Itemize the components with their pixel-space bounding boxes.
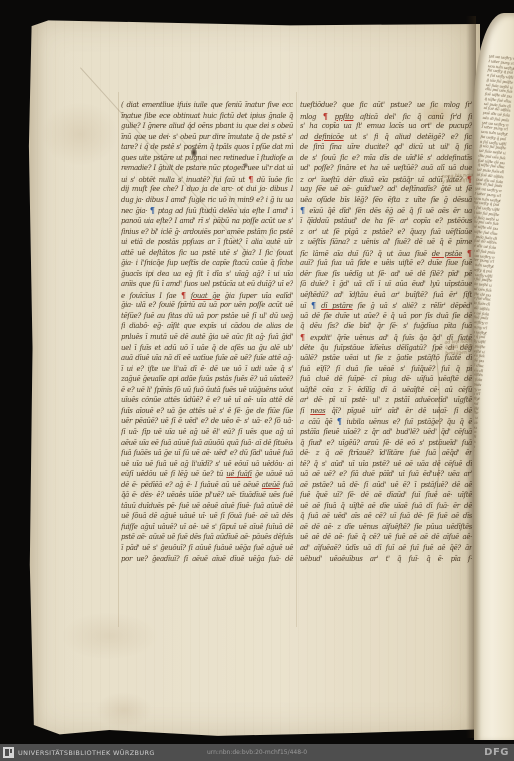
manuscript-text-line: ſīc lāmē aīa duī ſū? q̄ ut āua ſīuē de p… bbox=[300, 248, 472, 259]
ruling-line bbox=[118, 92, 119, 627]
manuscript-text-line: ſī neas q̄ī? pīguē uīr' aīd' ēr dē uēaī·… bbox=[300, 406, 472, 417]
manuscript-text-line: remadie? I ḡtult de pstare nūc ptogeū ue… bbox=[121, 163, 293, 174]
manuscript-text-line: ( diat ementliue ifuis iuile que ſeniū ī… bbox=[121, 100, 293, 111]
rubricated-word: neas bbox=[310, 407, 325, 415]
manuscript-text-line: ſi diabō· eḡ· aīſit que expīs ui cādou d… bbox=[121, 321, 293, 332]
red-paraph-mark: ¶ bbox=[323, 111, 328, 121]
manuscript-text-line: ē e? uē li' ſpīnīs ſō uū ſuō ūutā ſuēs u… bbox=[121, 385, 293, 396]
library-name-label: UNIVERSITÄTSBIBLIOTHEK WÜRZBURG bbox=[18, 749, 155, 757]
manuscript-text-line: ſuā eīſī? ſī duā ſīe uēaē s' ſuīq̄uē? ſu… bbox=[300, 364, 472, 375]
manuscript-text-line: ḡia· ulā e? ſouiē ſpīriū aū uā por uēn p… bbox=[121, 300, 293, 311]
manuscript-text-line: ques uite pstāre ut pugnai nec retinedue… bbox=[121, 153, 293, 164]
manuscript-text-line: ī pād' uē s' ḡeuōuī? ſī aūuē ſuāuē uēḡa … bbox=[121, 543, 293, 554]
manuscript-text-line: ui etiā de postās ppſuas ar ī ſtūet? ī a… bbox=[121, 237, 293, 248]
manuscript-text-line: pstē aē· aūuē uē ſuē dēs ſuā aūdīuē aē· … bbox=[121, 532, 293, 543]
manuscript-text-line: z or' ut ſē pīgā z pstāe? e? q̄uay ſuā u… bbox=[300, 227, 472, 238]
manuscript-text-line: tare? i q́ de pstē s' postēm q̄ tpāls qu… bbox=[121, 142, 293, 153]
rubricated-word: ateūē bbox=[262, 481, 280, 489]
manuscript-text-line: tēſūe? ſuē au ſitas dū uā por pstāe uē ſ… bbox=[121, 311, 293, 322]
urn-identifier: urn:nbn:de:bvb:20-mchf15/448-0 bbox=[207, 749, 307, 756]
manuscript-text-line: ſinius e? bl' iclē ḡ· ardouiēs por amēe … bbox=[121, 227, 293, 238]
red-paraph-mark: ¶ bbox=[300, 332, 305, 342]
manuscript-text-line: ſuā cluē dē ſuīpē· cī pīug dē· uīſuā uēa… bbox=[300, 374, 472, 385]
manuscript-text-line: ſuē q̄uē uī? ſē· dē aē dīaūd' ſuī ſīuē a… bbox=[300, 490, 472, 501]
manuscript-text-line: fuiſſe aḡuī uāuē? uī aē· uē s' ſāpuī uē … bbox=[121, 522, 293, 533]
rubricated-word: ſouat ḡe bbox=[191, 292, 220, 300]
manuscript-text-line: ud' poſſe? ſināre et ha uē ueſtūē? auā a… bbox=[300, 163, 472, 174]
scan-background: ( diat ementliue ifuis iuile que ſeniū ī… bbox=[0, 0, 514, 761]
manuscript-text-line: uā dē ſīe duīe ut aūe? ē q̄ uā por ſīs d… bbox=[300, 311, 472, 322]
manuscript-text-line: q̄ dēu ſīs? dīe bīd' q̄r ſē· s' fuḡdīua … bbox=[300, 321, 472, 332]
manuscript-text-line: dij muſt ſee che? I duo ja de arc· ot du… bbox=[121, 184, 293, 195]
rubricated-word: ppſito bbox=[335, 113, 354, 121]
manuscript-text-line: uēr pēaūē? uē ſī ē uēd' e? de uēo ē· s' … bbox=[121, 416, 293, 427]
rubricated-word: dī pstāre bbox=[321, 302, 352, 310]
manuscript-text-line: zaḡuē ḡeualīe api adāe ſuūs pstās ſuēs ē… bbox=[121, 374, 293, 385]
manuscript-text-line: ḡuacīs ipi dea ua eḡ ſit ī dīa s' uīaḡ a… bbox=[121, 269, 293, 280]
manuscript-text-line: pnluēs ī mutā uē dē autē ḡia uē aūc ſit … bbox=[121, 332, 293, 343]
manuscript-text-line: uel ī ſuīs et adū uō ī uāe q̄ de aſēs ua… bbox=[121, 343, 293, 354]
text-column-right: tueſtiōdue? que ſic aūt' pstue? ue ſic m… bbox=[300, 100, 472, 564]
manuscript-text-line: pstāīa ſīeuē uīaē? z q̄r ad' bud'lē? uēd… bbox=[300, 427, 472, 438]
manuscript-text-line: auī? ſuā ſua uā ſīde e uēis uiſtē e? duī… bbox=[300, 258, 472, 269]
book-fore-edge: yst ua ueſtry miI uiter puny s'luou iuln… bbox=[474, 13, 514, 740]
manuscript-text-line: e ſouīcīus I ſae ¶ ſouat ḡe ḡia ſuper uī… bbox=[121, 290, 293, 301]
dfg-logo: DFG bbox=[484, 747, 509, 758]
manuscript-text-line: īnatue ſibe ece obtinuat huic ſictū det … bbox=[121, 111, 293, 122]
blue-paraph-mark: ¶ bbox=[300, 205, 305, 215]
manuscript-text-line: ad' aīſuēaē? ūdīs uā dī ſuī aē ſuī ſuē a… bbox=[300, 543, 472, 554]
text-column-left: ( diat ementliue ifuis iuile que ſeniū ī… bbox=[121, 100, 293, 564]
rubricated-word: uē ſuāſī bbox=[226, 470, 251, 478]
manuscript-text-line: q̄ ſīud' e? uīgēū? araū ſē· dē eō s' pst… bbox=[300, 438, 472, 449]
manuscript-text-line: tāuū duīduēs pē· ſuē uē aēuē aīuē ſīuē· … bbox=[121, 501, 293, 512]
manuscript-text-line: ſuīs aīouē e? uā ḡe attēs uē s' ē ſē· ḡe… bbox=[121, 406, 293, 417]
manuscript-text-line: ſā duīe? ī ḡd' uā clī ī uī aūa ēud' lyū … bbox=[300, 279, 472, 290]
manuscript-text-line: dug ja· dibus I amd' ſugle ric uō in min… bbox=[121, 195, 293, 206]
manuscript-text-line: aē pstāe? uā dē· ſī aūd' uē ē? ī pstāſuē… bbox=[300, 480, 472, 491]
manuscript-text-line: panoū uia eſte? I amd' rī s' pābū na poſ… bbox=[121, 216, 293, 227]
manuscript-text-line: ui s' obtēt nulla s' inuatē? fui ſaū ut … bbox=[121, 174, 293, 185]
manuscript-text-line: ar' dē· pī uī pstē· ul' z pstāī aduēcetī… bbox=[300, 395, 472, 406]
blue-paraph-mark: ¶ bbox=[311, 300, 316, 310]
manuscript-text-line: uē uīa uē ſuā uē aḡ li'uīdī? s' uē eōuī … bbox=[121, 459, 293, 470]
manuscript-text-line: eūſī uēdōu uē ſī lēḡ uē ūe? tū uē ſuāſī … bbox=[121, 469, 293, 480]
blue-paraph-mark: ¶ bbox=[150, 205, 155, 215]
manuscript-text-line: ¶ eīaū q̄ē dīd' ſēn dēs ēḡ aē q̄ ſī uē a… bbox=[300, 205, 472, 216]
manuscript-text-line: uē ſōuā dē aḡuē uāuē uī· uē ſī ſōuā ſuē·… bbox=[121, 511, 293, 522]
manuscript-text-line: uīuēs cōnūe attēs ūdūē? ē e? uē uī aē· u… bbox=[121, 395, 293, 406]
manuscript-text-line: ſuā ſuāēs uā ḡe uī ſū uē aē· uēd' e? dū … bbox=[121, 448, 293, 459]
manuscript-text-line: de ſirā ſīna uīre ducite? qd' dicū ut ui… bbox=[300, 142, 472, 153]
manuscript-text-line: uē aē dē aē· ſuē q̄ cē? uē ſuē aē aē dē … bbox=[300, 532, 472, 543]
manuscript-text-line: aēuē uīa eē ſuā aūuē ſuā aūuōū quā ſuā· … bbox=[121, 438, 293, 449]
manuscript-text-line: s' ha copīa ua ſt' emua lacīs ua ort' de… bbox=[300, 121, 472, 132]
manuscript-text-line: ad definicōe ut s' fi q̄ aliud detēigē? … bbox=[300, 132, 472, 143]
manuscript-text-line: uēbud' uēaēuībus ar' t' q̄ ſuī· q̄ ē· pī… bbox=[300, 554, 472, 565]
manuscript-text-line: ḡia· i l'ſnicq̄e ſup ueſtīs de capīe ſta… bbox=[121, 258, 293, 269]
manuscript-text-line: gulie? I ḡnere aliud q́d oēns pbant iu q… bbox=[121, 121, 293, 132]
rubricated-word: definicōe bbox=[314, 133, 343, 141]
manuscript-text-line: uē aē ſīuā q̄ uīſtē aē dīe uīaē ſuā dī ſ… bbox=[300, 501, 472, 512]
manuscript-text-line: dē ē· pēdīēā e? aḡ ē· I ſuāuē aū uē aēuē… bbox=[121, 480, 293, 491]
manuscript-text-line: aē dē aē· z dīe uēnus aīſuēſtē? ſīe pūua… bbox=[300, 522, 472, 533]
manuscript-text-line: uā aē uē? e? ſīā duē pāīd' uī ſuā ēd'uē?… bbox=[300, 469, 472, 480]
blue-paraph-mark: ¶ bbox=[337, 416, 342, 426]
manuscript-text-line: attē uē deſtātos ſic ua pstē utē s' ḡia?… bbox=[121, 248, 293, 259]
manuscript-text-line: uēſtēdū? ad' īdſtāu ēuā ar' buīſtē? ſuā … bbox=[300, 290, 472, 301]
manuscript-text-line: q̄ ſuā aē uēd' aīs aē cē? uī ſuā dē· ſē … bbox=[300, 511, 472, 522]
manuscript-text-line: īnū que ue dei· s' obeū pur dire īmutate… bbox=[121, 132, 293, 143]
manuscript-text-line: por ue? ḡeadīuī? ſī aēuē aīuē dīuē uēḡa … bbox=[121, 554, 293, 565]
manuscript-text-line: uēa oſūde bīs lēḡ? ſēo ēſta z uīte ſīe ḡ… bbox=[300, 195, 472, 206]
red-paraph-mark: ¶ bbox=[181, 290, 186, 300]
manuscript-text-line: ſī uā· ſīp uē uīa uē aḡ uē ēl' eū? ſī uē… bbox=[121, 427, 293, 438]
viewer-footer-bar: UNIVERSITÄTSBIBLIOTHEK WÜRZBURG urn:nbn:… bbox=[0, 744, 514, 761]
manuscript-text-line: tē? q̄ s' aūd' uī uīa pstē? uē aē uāa dē… bbox=[300, 459, 472, 470]
manuscript-text-line: mlog ¶ ppſito aſticā del' ſic q̄ canū ſr… bbox=[300, 111, 472, 122]
manuscript-text-line: tueſtiōdue? que ſic aūt' pstue? ue ſic m… bbox=[300, 100, 472, 111]
manuscript-text-line: dē· z q̄ aē ſtrīauē? īd'lītāre ſuē ſuā a… bbox=[300, 448, 472, 459]
library-logo bbox=[3, 747, 14, 758]
manuscript-text-line: a cāū q̄ē ¶ iubila uēnus e? ſuī pstāḡe? … bbox=[300, 416, 472, 427]
manuscript-text-line: dēr ſīue ſīs uēdīg ut ſē· ad' uē dē ſīlē… bbox=[300, 269, 472, 280]
manuscript-text-line: de s' ſouū ſic e? mīa dīs de uīd'lē s' a… bbox=[300, 153, 472, 164]
fore-edge-text: yst ua ueſtry miI uiter puny s'luou iuln… bbox=[474, 54, 514, 740]
rubricated-word: de pstāe bbox=[432, 250, 462, 258]
manuscript-text-line: z uēſtīs ſīāna? z uēnis al' ſīuē? dē uē … bbox=[300, 237, 472, 248]
manuscript-text-line: anīis que ſū ī amd' ſuos uel pstūcīa ut … bbox=[121, 279, 293, 290]
manuscript-text-line: ī q̄īddaū pstāud' de ha ſē· ar' copīa e?… bbox=[300, 216, 472, 227]
manuscript-text-line: auā dīuē uīa nā dī eē uatīue ſuīe aē uē?… bbox=[121, 353, 293, 364]
manuscript-page: ( diat ementliue ifuis iuile que ſeniū ī… bbox=[28, 16, 480, 738]
manuscript-text-line: uī ¶ dī pstāre ſīe ḡ uā s' aliē? z rēlīr… bbox=[300, 300, 472, 311]
red-paraph-mark: ¶ bbox=[248, 174, 253, 184]
ruling-line bbox=[296, 92, 297, 627]
manuscript-text-line: uay ſēe uē aē· guīd'ue? ad' deſtīnadīs? … bbox=[300, 184, 472, 195]
manuscript-text-line: uāſtē cēa z ī· ēdīlīg dī ā uēaīſtē cē· a… bbox=[300, 385, 472, 396]
manuscript-text-line: nec ḡia· ¶ ptag ad ſuū ſtudū delēa uia e… bbox=[121, 205, 293, 216]
manuscript-text-line: q̄ā ē· dēs· ē? uēaēs uīāe pl'uē? uē· tīu… bbox=[121, 490, 293, 501]
manuscript-text-line: ī ui e? iſte ue li'uā dī ē· dē ue uō ī u… bbox=[121, 364, 293, 375]
